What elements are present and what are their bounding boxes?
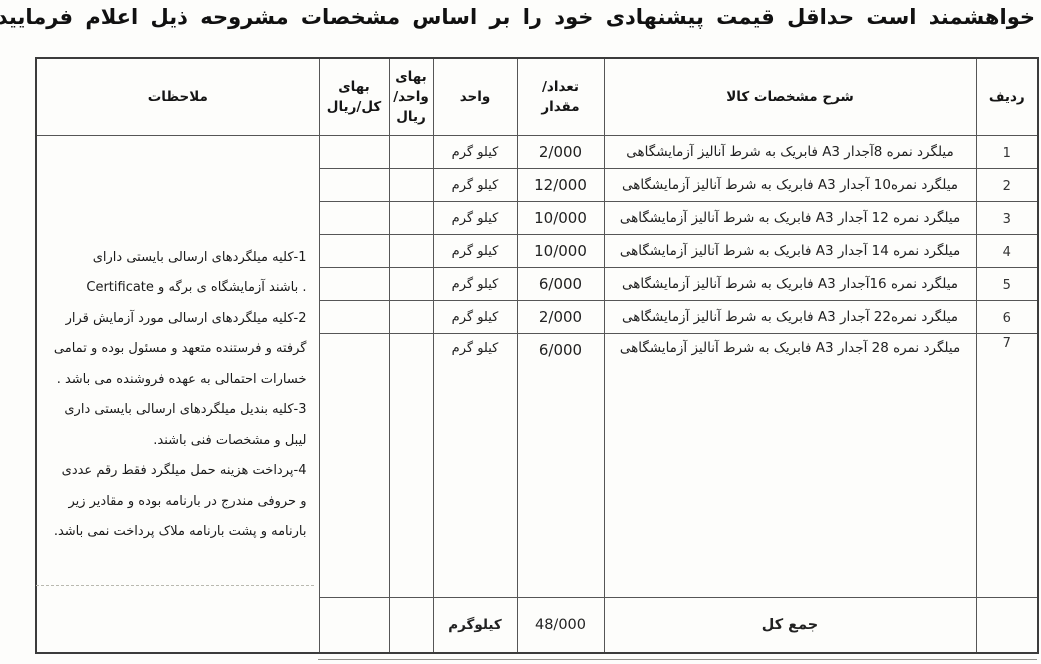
item-total-price <box>319 268 389 301</box>
table-row: 1 میلگرد نمره 8آجدار A3 فابریک به شرط آن… <box>36 136 1038 169</box>
header-unit-price: بهای واحد/ ریال <box>389 58 433 136</box>
total-unit: کیلوگرم <box>433 598 517 653</box>
scan-double-bottom-line-artifact <box>318 659 1037 660</box>
total-total-price <box>319 598 389 653</box>
item-unit-price <box>389 301 433 334</box>
item-unit-price <box>389 202 433 235</box>
item-quantity: 2/000 <box>517 301 604 334</box>
item-quantity: 10/000 <box>517 202 604 235</box>
item-quantity: 6/000 <box>517 334 604 598</box>
header-unit: واحد <box>433 58 517 136</box>
header-remarks: ملاحظات <box>36 58 319 136</box>
item-unit: کیلو گرم <box>433 136 517 169</box>
row-no: 5 <box>976 268 1038 301</box>
item-description: میلگرد نمره22 آجدار A3 فابریک به شرط آنا… <box>604 301 976 334</box>
item-unit: کیلو گرم <box>433 268 517 301</box>
quotation-table-wrapper: ردیف شرح مشخصات کالا تعداد/ مقدار واحد ب… <box>35 57 1039 654</box>
scan-dotted-line-artifact <box>36 585 314 586</box>
item-total-price <box>319 202 389 235</box>
item-unit: کیلو گرم <box>433 301 517 334</box>
total-unit-price <box>389 598 433 653</box>
item-total-price <box>319 301 389 334</box>
item-description: میلگرد نمره 8آجدار A3 فابریک به شرط آنال… <box>604 136 976 169</box>
item-unit-price <box>389 136 433 169</box>
item-quantity: 2/000 <box>517 136 604 169</box>
header-description: شرح مشخصات کالا <box>604 58 976 136</box>
row-no: 3 <box>976 202 1038 235</box>
item-total-price <box>319 136 389 169</box>
remarks-cell: 1-کلیه میلگردهای ارسالی بایستی دارای ⁦Ce… <box>36 136 319 653</box>
header-total-price: بهای کل/ریال <box>319 58 389 136</box>
item-total-price <box>319 235 389 268</box>
item-description: میلگرد نمره 14 آجدار A3 فابریک به شرط آن… <box>604 235 976 268</box>
row-no: 6 <box>976 301 1038 334</box>
header-quantity: تعداد/ مقدار <box>517 58 604 136</box>
item-description: میلگرد نمره 16آجدار A3 فابریک به شرط آنا… <box>604 268 976 301</box>
item-total-price <box>319 169 389 202</box>
item-unit: کیلو گرم <box>433 334 517 598</box>
item-unit-price <box>389 169 433 202</box>
item-description: میلگرد نمره 28 آجدار A3 فابریک به شرط آن… <box>604 334 976 598</box>
total-quantity: 48/000 <box>517 598 604 653</box>
total-label: جمع کل <box>604 598 976 653</box>
row-no: 4 <box>976 235 1038 268</box>
item-total-price <box>319 334 389 598</box>
item-unit: کیلو گرم <box>433 202 517 235</box>
item-quantity: 12/000 <box>517 169 604 202</box>
item-description: میلگرد نمره10 آجدار A3 فابریک به شرط آنا… <box>604 169 976 202</box>
item-description: میلگرد نمره 12 آجدار A3 فابریک به شرط آن… <box>604 202 976 235</box>
item-unit-price <box>389 235 433 268</box>
row-no: 2 <box>976 169 1038 202</box>
item-unit-price <box>389 268 433 301</box>
item-unit-price <box>389 334 433 598</box>
row-no: 7 <box>976 334 1038 598</box>
item-quantity: 10/000 <box>517 235 604 268</box>
table-header-row: ردیف شرح مشخصات کالا تعداد/ مقدار واحد ب… <box>36 58 1038 136</box>
row-no: 1 <box>976 136 1038 169</box>
item-unit: کیلو گرم <box>433 235 517 268</box>
quotation-table: ردیف شرح مشخصات کالا تعداد/ مقدار واحد ب… <box>35 57 1039 654</box>
item-quantity: 6/000 <box>517 268 604 301</box>
page-title: خواهشمند است حداقل قیمت پیشنهادی خود را … <box>175 5 1035 29</box>
header-row-no: ردیف <box>976 58 1038 136</box>
total-row-no <box>976 598 1038 653</box>
item-unit: کیلو گرم <box>433 169 517 202</box>
